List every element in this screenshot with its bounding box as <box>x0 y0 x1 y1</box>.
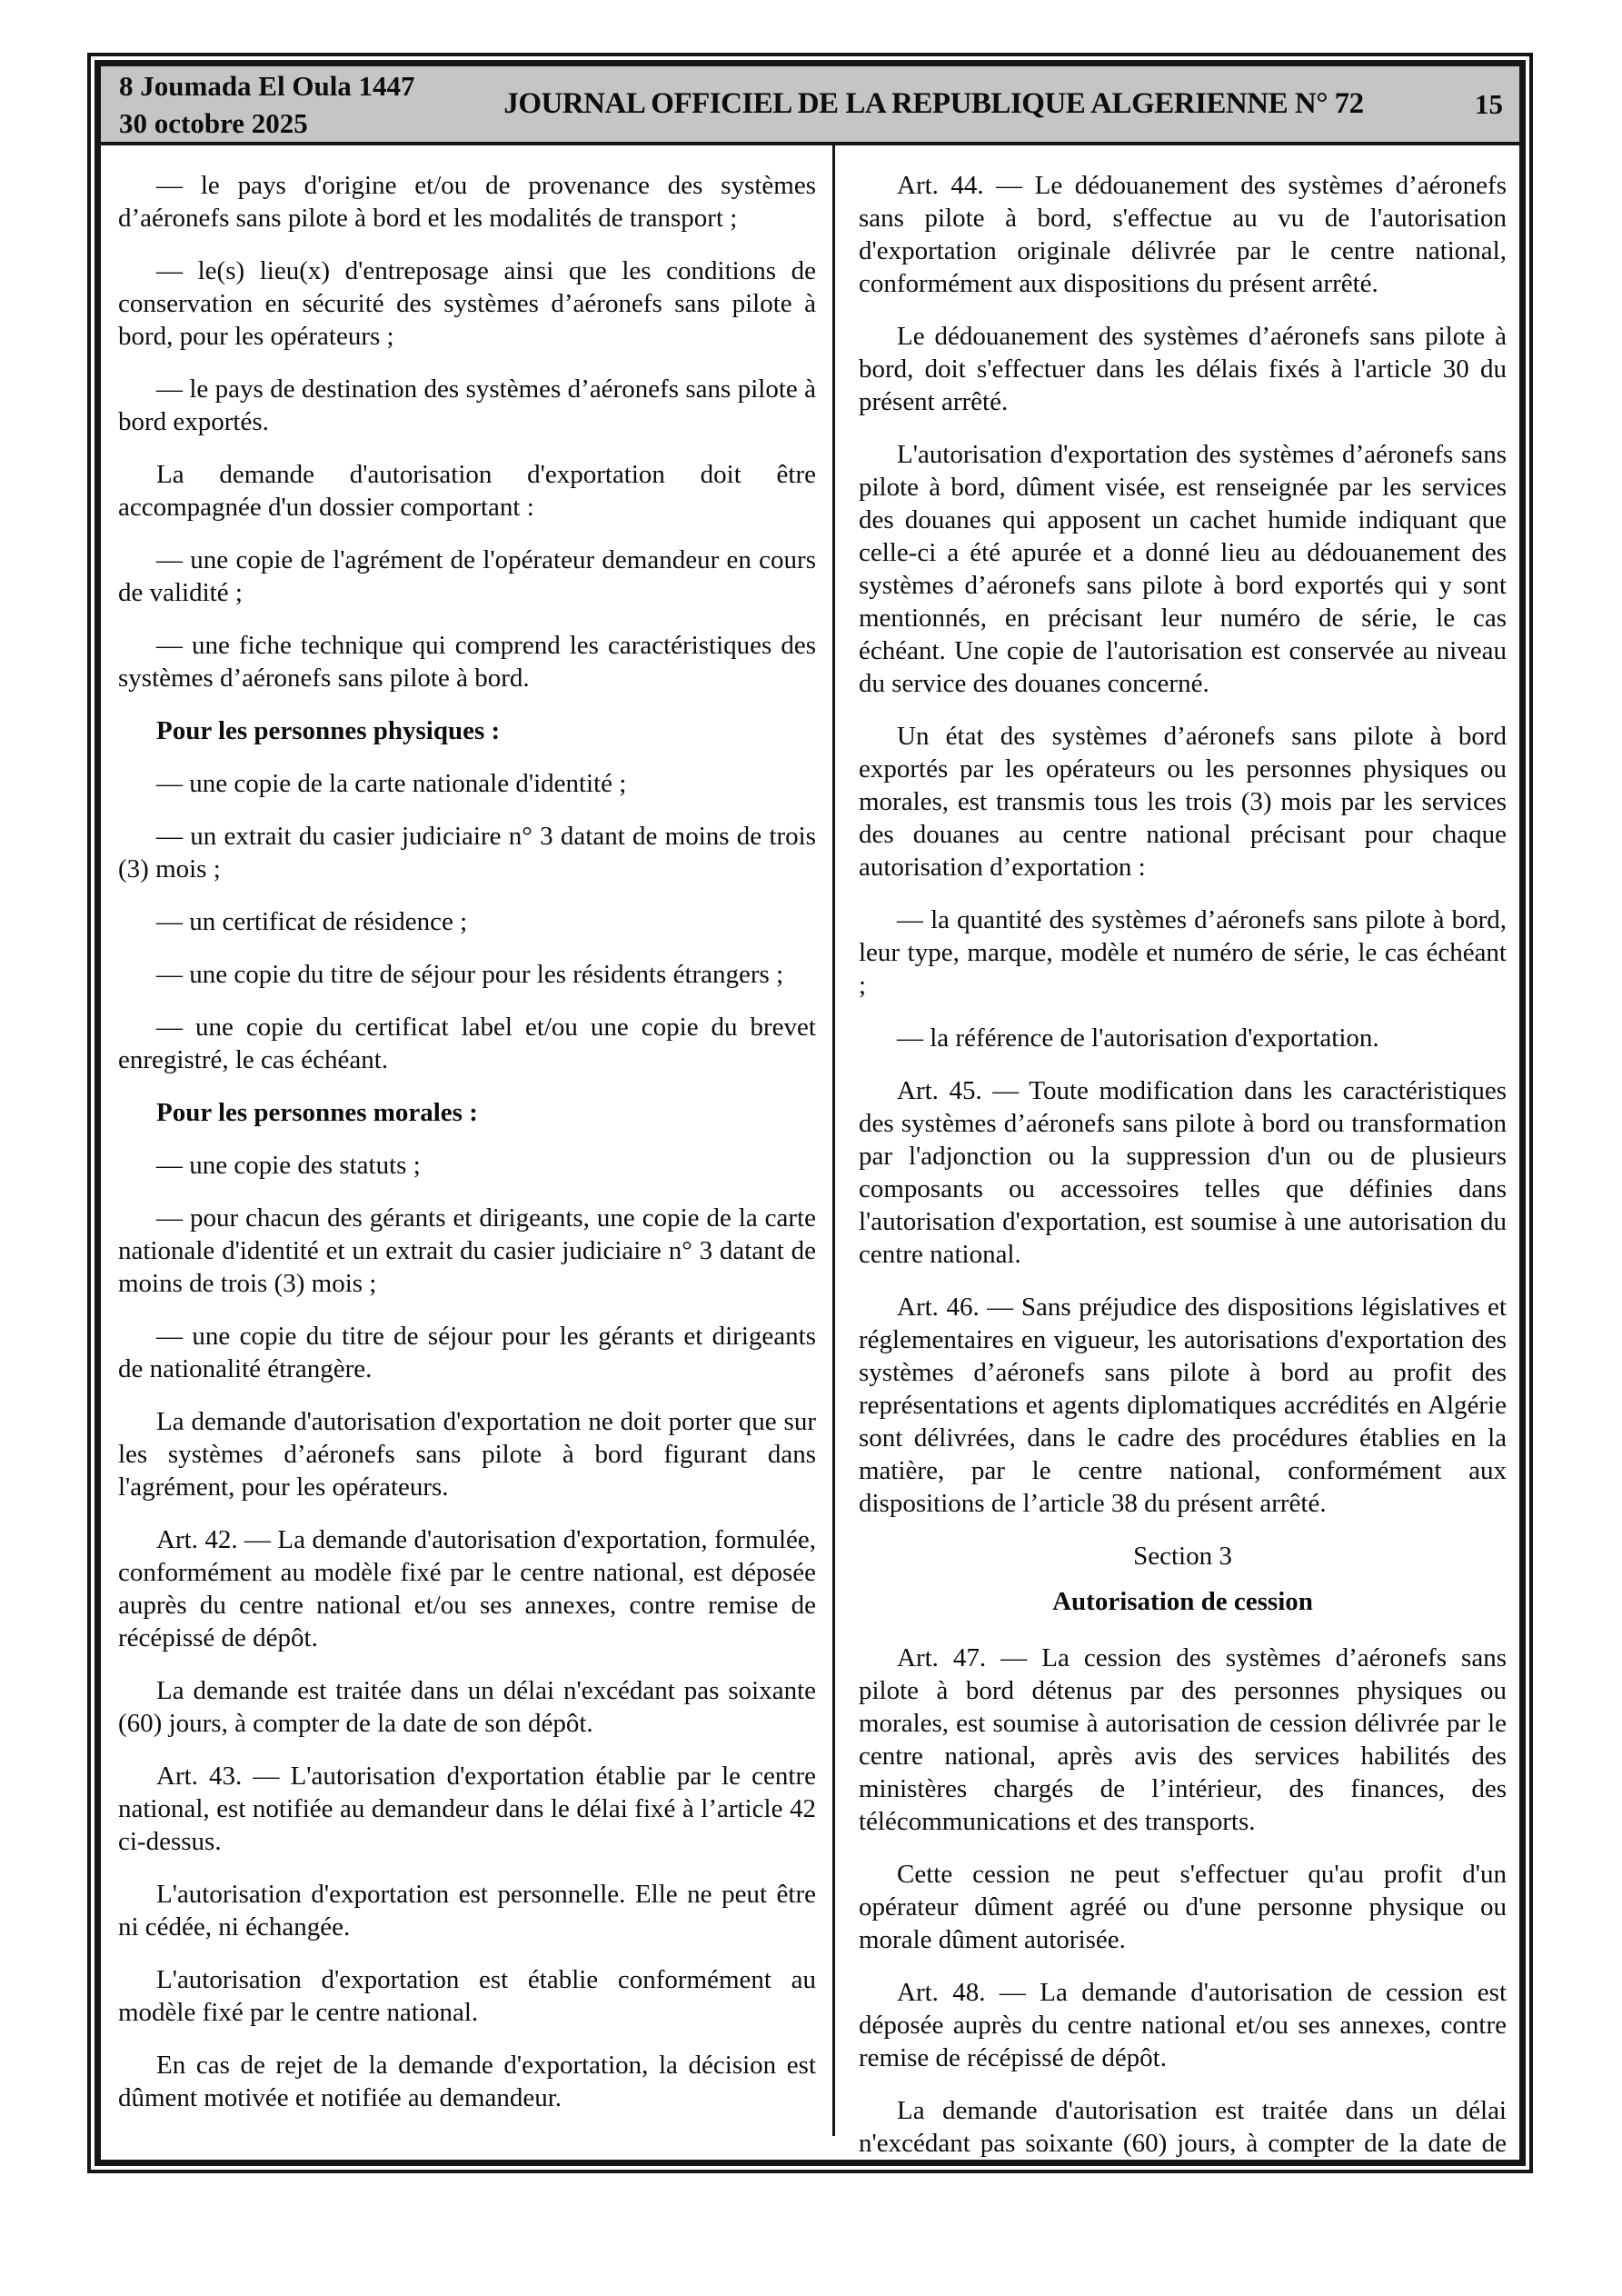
subheading-personnes-physiques: Pour les personnes physiques : <box>118 714 816 747</box>
article-48: Art. 48. — La demande d'autorisation de … <box>859 1976 1507 2074</box>
list-item: — pour chacun des gérants et dirigeants,… <box>118 1202 816 1300</box>
list-item: — une copie de l'agrément de l'opérateur… <box>118 544 816 609</box>
list-item: — un certificat de résidence ; <box>118 905 816 938</box>
page-frame: 8 Joumada El Oula 1447 30 octobre 2025 J… <box>87 53 1533 2173</box>
right-column: Art. 44. — Le dédouanement des systèmes … <box>835 145 1519 2160</box>
paragraph: L'autorisation d'exportation est établie… <box>118 1963 816 2029</box>
list-item: — un extrait du casier judiciaire n° 3 d… <box>118 820 816 885</box>
journal-title: JOURNAL OFFICIEL DE LA REPUBLIQUE ALGERI… <box>437 87 1430 121</box>
list-item: — la quantité des systèmes d’aéronefs sa… <box>859 903 1507 1002</box>
list-item: — une copie du titre de séjour pour les … <box>118 1320 816 1385</box>
article-47: Art. 47. — La cession des systèmes d’aér… <box>859 1642 1507 1838</box>
article-46: Art. 46. — Sans préjudice des dispositio… <box>859 1291 1507 1520</box>
page-number: 15 <box>1430 88 1519 121</box>
paragraph: L'autorisation d'exportation est personn… <box>118 1878 816 1943</box>
article-44: Art. 44. — Le dédouanement des systèmes … <box>859 169 1507 300</box>
paragraph: L'autorisation d'exportation des système… <box>859 438 1507 700</box>
paragraph: Cette cession ne peut s'effectuer qu'au … <box>859 1858 1507 1956</box>
list-item: — le(s) lieu(x) d'entreposage ainsi que … <box>118 255 816 353</box>
paragraph: La demande d'autorisation d'exportation … <box>118 1405 816 1503</box>
list-item: — le pays de destination des systèmes d’… <box>118 373 816 438</box>
subheading-personnes-morales: Pour les personnes morales : <box>118 1096 816 1129</box>
paragraph: La demande est traitée dans un délai n'e… <box>118 1674 816 1740</box>
article-43: Art. 43. — L'autorisation d'exportation … <box>118 1760 816 1858</box>
paragraph: Un état des systèmes d’aéronefs sans pil… <box>859 720 1507 883</box>
list-item: — une copie des statuts ; <box>118 1149 816 1182</box>
paragraph: La demande d'autorisation d'exportation … <box>118 458 816 524</box>
header-dates: 8 Joumada El Oula 1447 30 octobre 2025 <box>101 67 437 142</box>
content-columns: — le pays d'origine et/ou de provenance … <box>101 145 1519 2160</box>
date-gregorian: 30 octobre 2025 <box>119 105 437 142</box>
left-column: — le pays d'origine et/ou de provenance … <box>101 145 832 2160</box>
article-45: Art. 45. — Toute modification dans les c… <box>859 1074 1507 1271</box>
list-item: — le pays d'origine et/ou de provenance … <box>118 169 816 235</box>
section-number: Section 3 <box>859 1540 1507 1572</box>
paragraph: La demande d'autorisation est traitée da… <box>859 2094 1507 2160</box>
header-bar: 8 Joumada El Oula 1447 30 octobre 2025 J… <box>101 66 1519 145</box>
list-item: — une copie du certificat label et/ou un… <box>118 1011 816 1076</box>
section-title: Autorisation de cession <box>859 1585 1507 1618</box>
list-item: — une copie de la carte nationale d'iden… <box>118 767 816 800</box>
article-42: Art. 42. — La demande d'autorisation d'e… <box>118 1523 816 1654</box>
paragraph: En cas de rejet de la demande d'exportat… <box>118 2049 816 2114</box>
list-item: — la référence de l'autorisation d'expor… <box>859 1022 1507 1054</box>
list-item: — une copie du titre de séjour pour les … <box>118 958 816 991</box>
list-item: — une fiche technique qui comprend les c… <box>118 629 816 694</box>
paragraph: Le dédouanement des systèmes d’aéronefs … <box>859 320 1507 418</box>
page-frame-inner: 8 Joumada El Oula 1447 30 octobre 2025 J… <box>95 60 1526 2166</box>
date-hijri: 8 Joumada El Oula 1447 <box>119 67 437 105</box>
